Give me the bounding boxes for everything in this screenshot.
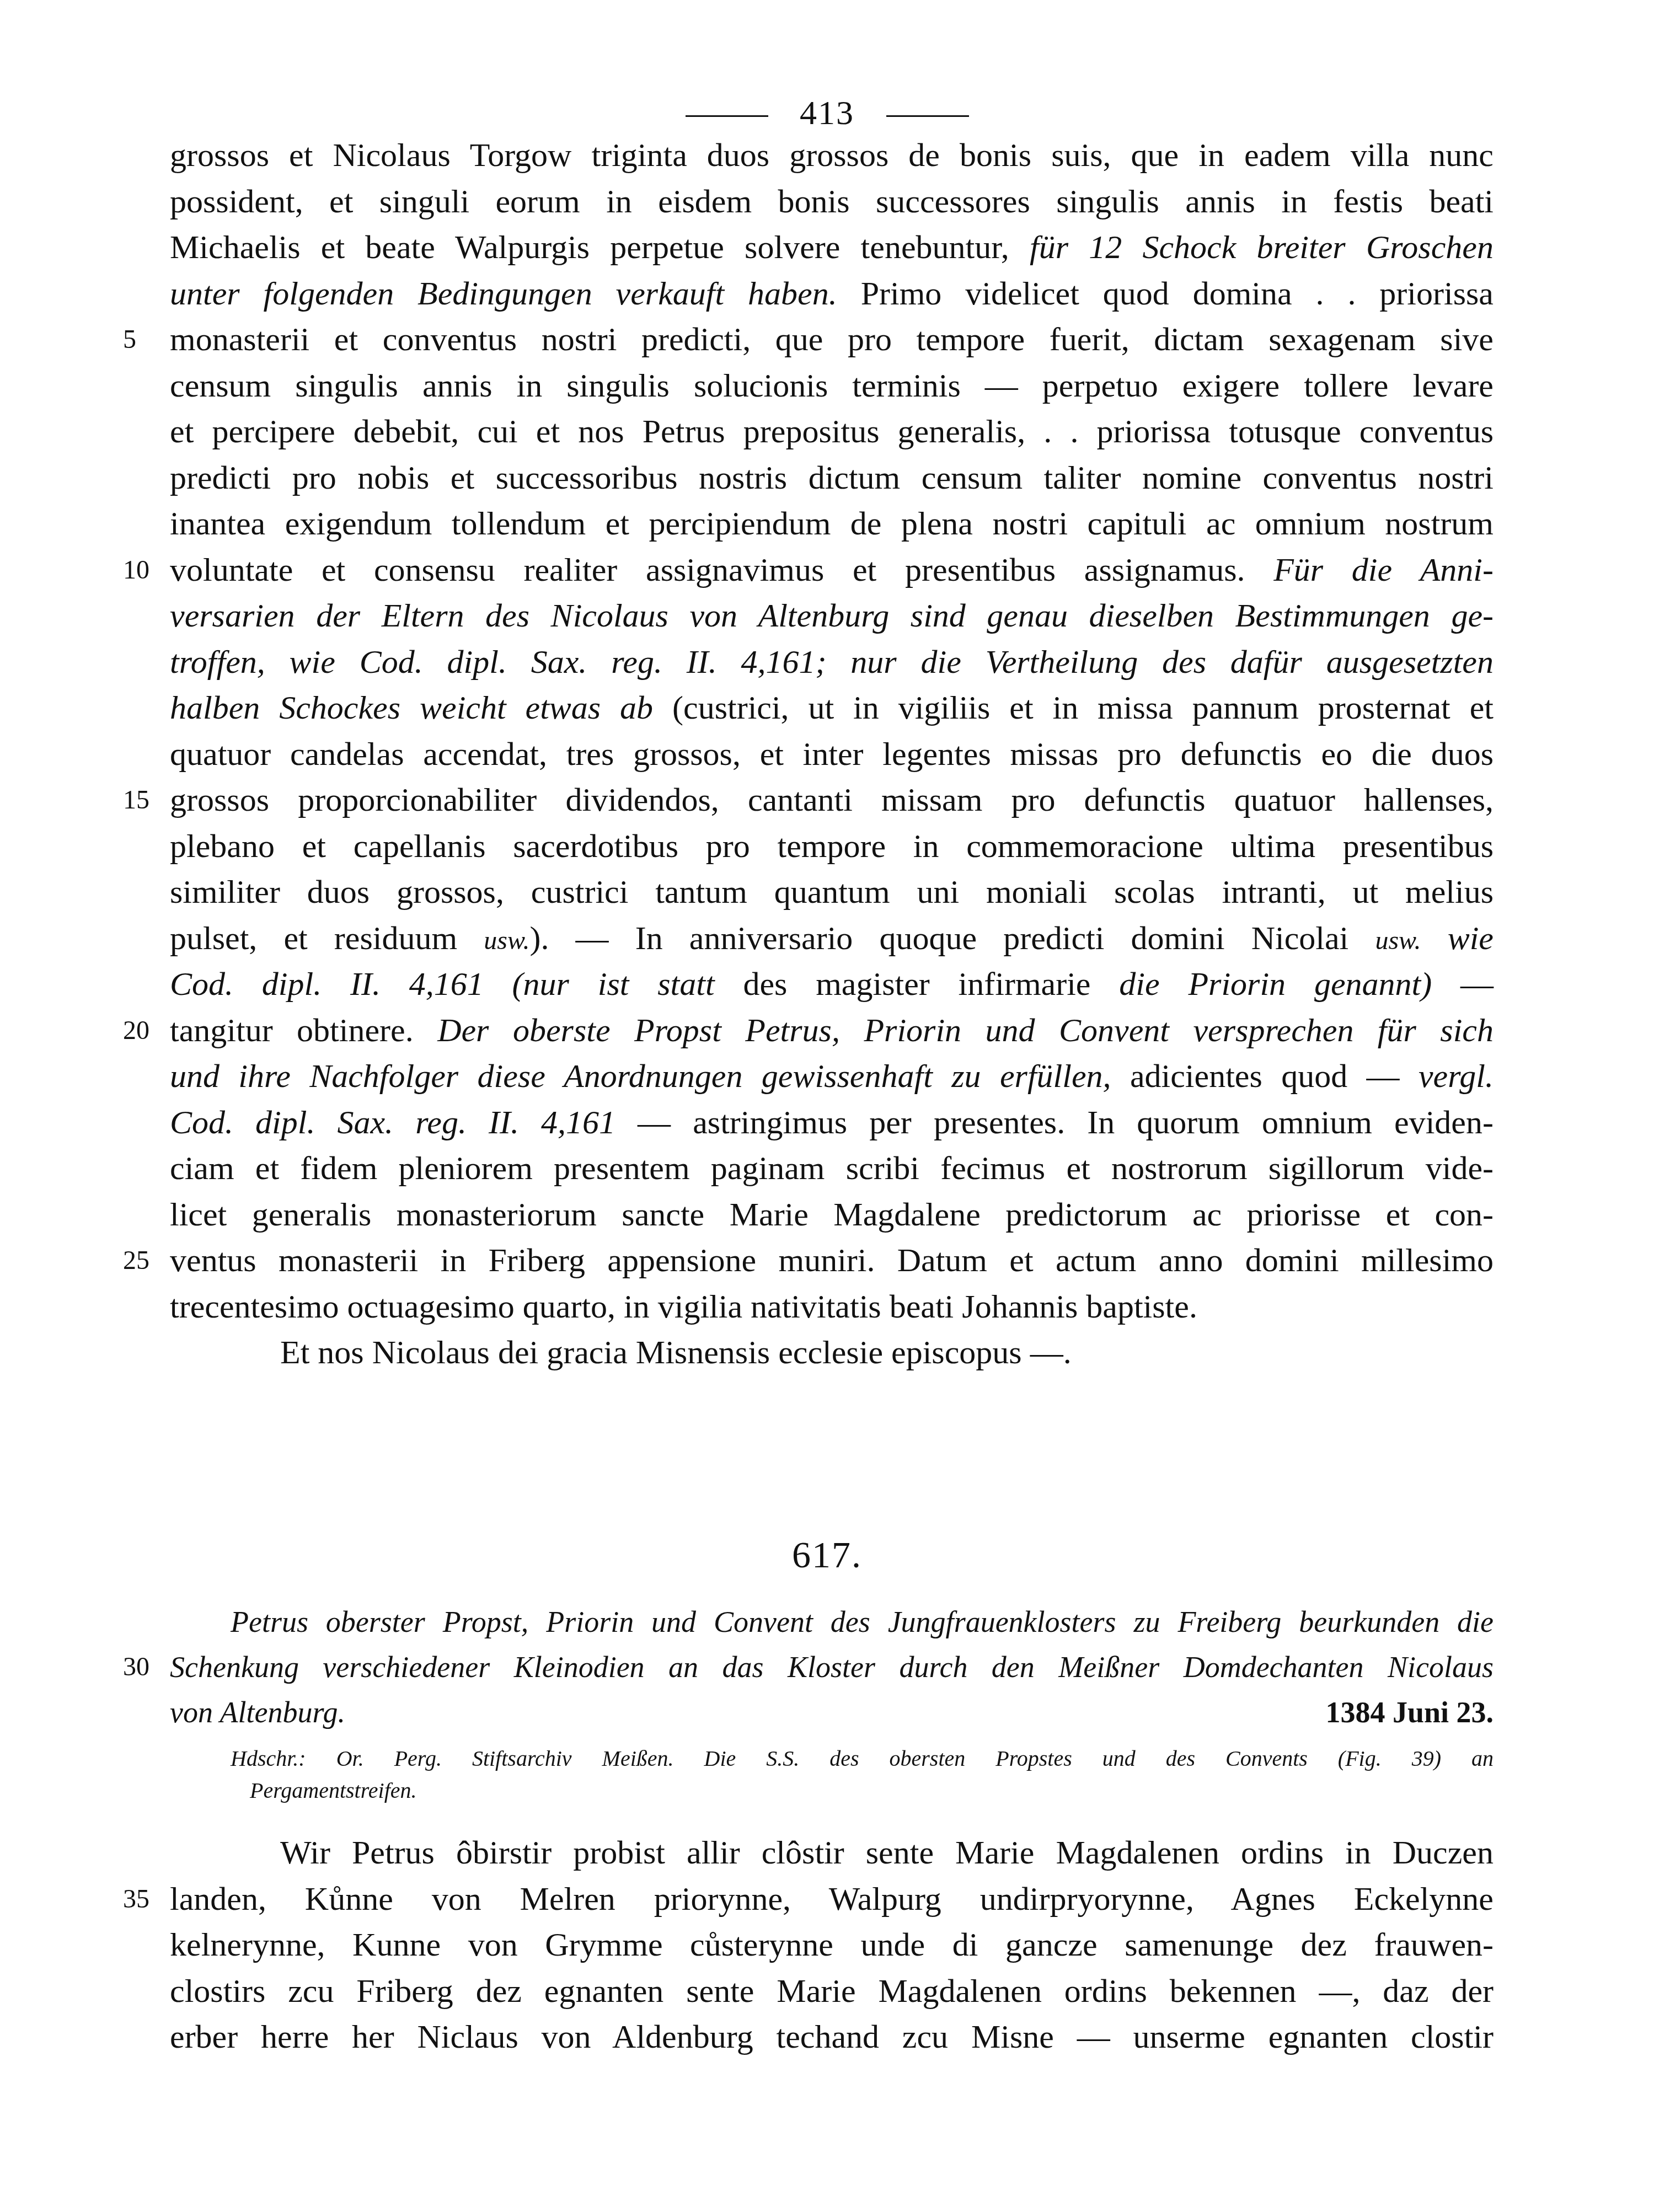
line-number: 20 <box>123 1008 156 1054</box>
line-number: 35 <box>123 1876 156 1922</box>
text-segment: Cod. dipl. Sax. reg. II. 4,161 <box>170 1104 615 1140</box>
text-segment: pulset, et residuum <box>170 920 484 956</box>
text-segment: und ihre Nachfolger diese Anordnungen ge… <box>170 1058 1111 1094</box>
text-segment: — <box>1432 966 1494 1002</box>
text-segment: des magister infirmarie <box>715 966 1120 1002</box>
text-segment: für 12 Schock breiter Groschen <box>1030 229 1494 265</box>
text-line: 25ventus monasterii in Friberg appension… <box>170 1238 1494 1284</box>
line-number: 15 <box>123 777 156 823</box>
text-segment: vergl. <box>1419 1058 1494 1094</box>
text-segment: licet generalis monasteriorum sancte Mar… <box>170 1196 1494 1233</box>
text-segment: Cod. dipl. II. 4,161 (nur ist statt <box>170 966 715 1002</box>
text-segment: unter folgenden Bedingungen verkauft hab… <box>170 275 837 312</box>
text-segment: quatuor candelas accendat, tres grossos,… <box>170 736 1494 772</box>
text-segment: wie <box>1421 920 1494 956</box>
text-line: quatuor candelas accendat, tres grossos,… <box>170 731 1494 778</box>
text-line: unter folgenden Bedingungen verkauft hab… <box>170 271 1494 317</box>
text-line: kelnerynne, Kunne von Grymme cůsterynne … <box>170 1922 1494 1968</box>
text-segment: (custrici, ut in vigiliis et in missa pa… <box>653 689 1494 726</box>
header-rule-left <box>686 115 768 117</box>
text-segment: plebano et capellanis sacerdotibus pro t… <box>170 828 1494 864</box>
text-segment: ventus monasterii in Friberg appensione … <box>170 1242 1494 1278</box>
text-line: et percipere debebit, cui et nos Petrus … <box>170 409 1494 455</box>
text-segment: ). — In anniversario quoque predicti dom… <box>529 920 1375 956</box>
line-number: 30 <box>123 1645 156 1690</box>
text-line: Cod. dipl. II. 4,161 (nur ist statt des … <box>170 961 1494 1008</box>
text-segment: — astringimus per presentes. In quorum o… <box>615 1104 1494 1140</box>
text-segment: monasterii et conventus nostri predicti,… <box>170 321 1494 357</box>
text-line: trecentesimo octuagesimo quarto, in vigi… <box>170 1284 1494 1330</box>
text-segment: usw. <box>1375 926 1421 955</box>
text-line: halben Schockes weicht etwas ab (custric… <box>170 685 1494 731</box>
document-617-text: Wir Petrus ôbirstir probist allir clôsti… <box>170 1830 1494 2060</box>
text-line: Cod. dipl. Sax. reg. II. 4,161 — astring… <box>170 1100 1494 1146</box>
regest-line: von Altenburg. 1384 Juni 23. <box>170 1690 1494 1735</box>
text-segment: Primo videlicet quod domina . . prioriss… <box>837 275 1494 312</box>
text-line: 10voluntate et consensu realiter assigna… <box>170 547 1494 593</box>
text-line: plebano et capellanis sacerdotibus pro t… <box>170 823 1494 870</box>
text-line: Et nos Nicolaus dei gracia Misnensis ecc… <box>170 1330 1494 1376</box>
text-line: inantea exigendum tollendum et percipien… <box>170 501 1494 547</box>
source-line: Hdschr.: Or. Perg. Stiftsarchiv Meißen. … <box>170 1743 1494 1775</box>
text-segment: tangitur obtinere. <box>170 1012 437 1048</box>
text-line: 35landen, Kůnne von Melren priorynne, Wa… <box>170 1876 1494 1922</box>
text-segment: die Priorin genannt) <box>1119 966 1432 1002</box>
text-line: troffen, wie Cod. dipl. Sax. reg. II. 4,… <box>170 639 1494 685</box>
text-line: ciam et fidem pleniorem presentem pagina… <box>170 1145 1494 1192</box>
text-segment: kelnerynne, Kunne von Grymme cůsterynne … <box>170 1926 1494 1963</box>
text-segment: erber herre her Niclaus von Aldenburg te… <box>170 2018 1494 2055</box>
text-segment: Michaelis et beate Walpurgis perpetue so… <box>170 229 1030 265</box>
text-line: und ihre Nachfolger diese Anordnungen ge… <box>170 1053 1494 1100</box>
source-note: Hdschr.: Or. Perg. Stiftsarchiv Meißen. … <box>170 1743 1494 1807</box>
regest-line: Petrus oberster Propst, Priorin und Conv… <box>170 1599 1494 1645</box>
header-rule-right <box>886 115 969 117</box>
line-number: 10 <box>123 547 156 593</box>
page-number: 413 <box>800 94 854 132</box>
page-header: 413 <box>0 94 1654 133</box>
source-line: Pergamentstreifen. <box>170 1775 1494 1807</box>
text-segment: Et nos Nicolaus dei gracia Misnensis ecc… <box>280 1334 1072 1370</box>
text-segment: voluntate et consensu realiter assignavi… <box>170 551 1273 588</box>
text-segment: et percipere debebit, cui et nos Petrus … <box>170 413 1494 449</box>
document-616-continuation: grossos et Nicolaus Torgow triginta duos… <box>170 132 1494 1376</box>
text-line: licet generalis monasteriorum sancte Mar… <box>170 1192 1494 1238</box>
document-regest: Petrus oberster Propst, Priorin und Conv… <box>170 1599 1494 1735</box>
text-line: Wir Petrus ôbirstir probist allir clôsti… <box>170 1830 1494 1876</box>
document-date: 1384 Juni 23. <box>1325 1690 1494 1735</box>
text-line: censum singulis annis in singulis soluci… <box>170 363 1494 409</box>
text-segment: grossos proporcionabiliter dividendos, c… <box>170 781 1494 818</box>
text-segment: inantea exigendum tollendum et percipien… <box>170 505 1494 542</box>
text-segment: troffen, wie Cod. dipl. Sax. reg. II. 4,… <box>170 644 1494 680</box>
text-segment: usw. <box>484 926 529 955</box>
regest-line: 30 Schenkung verschiedener Kleinodien an… <box>170 1645 1494 1690</box>
text-line: 20tangitur obtinere. Der oberste Propst … <box>170 1008 1494 1054</box>
text-segment: adicientes quod — <box>1111 1058 1419 1094</box>
text-line: pulset, et residuum usw.). — In annivers… <box>170 915 1494 962</box>
line-number: 25 <box>123 1238 156 1284</box>
text-line: possident, et singuli eorum in eisdem bo… <box>170 179 1494 225</box>
text-line: versarien der Eltern des Nicolaus von Al… <box>170 593 1494 639</box>
text-segment: grossos et Nicolaus Torgow triginta duos… <box>170 137 1494 173</box>
text-segment: predicti pro nobis et successoribus nost… <box>170 459 1494 496</box>
text-line: 5monasterii et conventus nostri predicti… <box>170 317 1494 363</box>
text-segment: censum singulis annis in singulis soluci… <box>170 367 1494 404</box>
line-number: 5 <box>123 317 156 363</box>
text-line: grossos et Nicolaus Torgow triginta duos… <box>170 132 1494 179</box>
text-line: clostirs zcu Friberg dez egnanten sente … <box>170 1968 1494 2015</box>
text-segment: trecentesimo octuagesimo quarto, in vigi… <box>170 1288 1197 1325</box>
text-segment: possident, et singuli eorum in eisdem bo… <box>170 183 1494 219</box>
text-segment: landen, Kůnne von Melren priorynne, Walp… <box>170 1881 1494 1917</box>
text-line: erber herre her Niclaus von Aldenburg te… <box>170 2014 1494 2060</box>
text-line: similiter duos grossos, custrici tantum … <box>170 869 1494 915</box>
text-segment: Der oberste Propst Petrus, Priorin und C… <box>437 1012 1494 1048</box>
text-segment: clostirs zcu Friberg dez egnanten sente … <box>170 1973 1494 2009</box>
text-segment: similiter duos grossos, custrici tantum … <box>170 874 1494 910</box>
text-line: 15grossos proporcionabiliter dividendos,… <box>170 777 1494 823</box>
text-line: Michaelis et beate Walpurgis perpetue so… <box>170 224 1494 271</box>
text-segment: halben Schockes weicht etwas ab <box>170 689 653 726</box>
text-segment: versarien der Eltern des Nicolaus von Al… <box>170 597 1494 634</box>
text-segment: Für die Anni- <box>1273 551 1494 588</box>
text-line: predicti pro nobis et successoribus nost… <box>170 455 1494 501</box>
document-number: 617. <box>0 1533 1654 1577</box>
text-segment: Wir Petrus ôbirstir probist allir clôsti… <box>280 1834 1494 1871</box>
text-segment: ciam et fidem pleniorem presentem pagina… <box>170 1150 1494 1186</box>
